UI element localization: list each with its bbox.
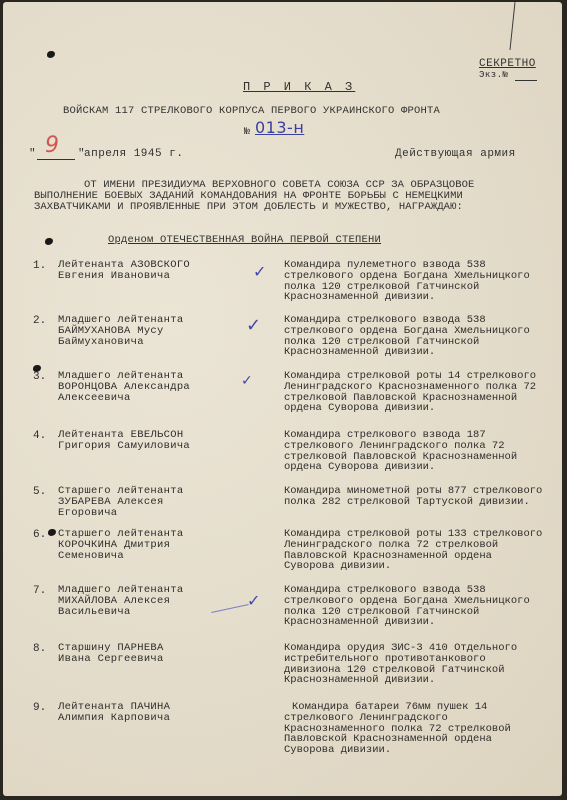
date-day: 9 <box>45 140 60 151</box>
awardee-description: Командира стрелковой роты 14 стрелкового… <box>284 371 546 414</box>
awardee-description: Командира батареи 76мм пушек 14 стрелков… <box>284 702 546 756</box>
location-label: Действующая армия <box>395 149 516 160</box>
document-page: СЕКРЕТНО Экз.№ П Р И К А З ВОЙСКАМ 117 С… <box>3 2 562 796</box>
checkmark-icon: ✓ <box>246 315 261 336</box>
order-number-prefix: № <box>244 127 251 138</box>
awardee-description: Командира пулеметного взвода 538 стрелко… <box>284 260 546 303</box>
awardee-description: Командира минометной роты 877 стрелковог… <box>284 486 546 508</box>
awardee-description: Командира орудия ЗИС-3 410 Отдельного ис… <box>284 643 546 686</box>
awardee-number: 4. <box>33 430 46 442</box>
awardee-given-names: Алимпия Карповича <box>58 713 170 724</box>
pen-stroke <box>211 604 248 613</box>
awardee-number: 2. <box>33 315 46 327</box>
awardee-name: Лейтенанта ПАЧИНА Алимпия Карповича <box>58 702 170 724</box>
awardee-number: 8. <box>33 643 46 655</box>
awardee-given-names: Ивана Сергеевича <box>58 654 164 665</box>
awardee-patronymic: Егоровича <box>58 508 183 519</box>
awardee-patronymic: Алексеевича <box>58 393 190 404</box>
awardee-description: Командира стрелкового взвода 538 стрелко… <box>284 585 546 628</box>
awardee-given-names: Евгения Ивановича <box>58 271 190 282</box>
awardee-number: 7. <box>33 585 46 597</box>
copy-number-label: Экз.№ <box>479 70 509 81</box>
awardee-name: Младшего лейтенанта БАЙМУХАНОВА Мусу Бай… <box>58 315 183 348</box>
awardee-number: 5. <box>33 486 46 498</box>
awardee-number: 3. <box>33 371 46 383</box>
awardee-name: Младшего лейтенанта ВОРОНЦОВА Александра… <box>58 371 190 404</box>
awardee-given-names: Григория Самуиловича <box>58 441 190 452</box>
awardee-name: Лейтенанта ЕВЕЛЬСОН Григория Самуиловича <box>58 430 190 452</box>
awardee-name: Младшего лейтенанта МИХАЙЛОВА Алексея Ва… <box>58 585 183 618</box>
checkmark-icon: ✓ <box>253 262 266 281</box>
awardee-name: Старшего лейтенанта КОРОЧКИНА Дмитрия Се… <box>58 529 183 562</box>
awardee-name: Старшину ПАРНЕВА Ивана Сергеевича <box>58 643 164 665</box>
pen-stroke <box>509 2 515 50</box>
document-title: П Р И К А З <box>243 82 355 93</box>
ink-blot <box>48 529 56 536</box>
award-heading: Орденом ОТЕЧЕСТВЕННАЯ ВОЙНА ПЕРВОЙ СТЕПЕ… <box>108 235 381 246</box>
awardee-patronymic: Семеновича <box>58 551 183 562</box>
checkmark-icon: ✓ <box>241 373 253 389</box>
awardee-patronymic: Баймухановича <box>58 337 183 348</box>
awardee-patronymic: Васильевича <box>58 607 183 618</box>
date-day-underline <box>37 159 75 160</box>
awardee-number: 9. <box>33 702 46 714</box>
hole-punch-mark <box>45 238 53 245</box>
preamble-line-3: ЗАХВАТЧИКАМИ И ПРОЯВЛЕННЫЕ ПРИ ЭТОМ ДОБЛ… <box>34 202 463 213</box>
awardee-number: 6. <box>33 529 46 541</box>
document-subtitle: ВОЙСКАМ 117 СТРЕЛКОВОГО КОРПУСА ПЕРВОГО … <box>63 106 440 117</box>
date-open-quote: " <box>29 149 36 160</box>
order-number: 013-н <box>255 122 304 133</box>
awardee-description: Командира стрелкового взвода 538 стрелко… <box>284 315 546 358</box>
awardee-name: Старшего лейтенанта ЗУБАРЕВА Алексея Его… <box>58 486 183 519</box>
copy-number-blank <box>515 80 537 81</box>
hole-punch-mark <box>47 51 55 58</box>
classification-label: СЕКРЕТНО <box>479 59 536 70</box>
awardee-description: Командира стрелковой роты 133 стрелковог… <box>284 529 546 572</box>
awardee-number: 1. <box>33 260 46 272</box>
checkmark-icon: ✓ <box>247 591 260 610</box>
awardee-description: Командира стрелкового взвода 187 стрелко… <box>284 430 546 473</box>
awardee-name: Лейтенанта АЗОВСКОГО Евгения Ивановича <box>58 260 190 282</box>
date-month-year: апреля 1945 г. <box>84 149 183 160</box>
